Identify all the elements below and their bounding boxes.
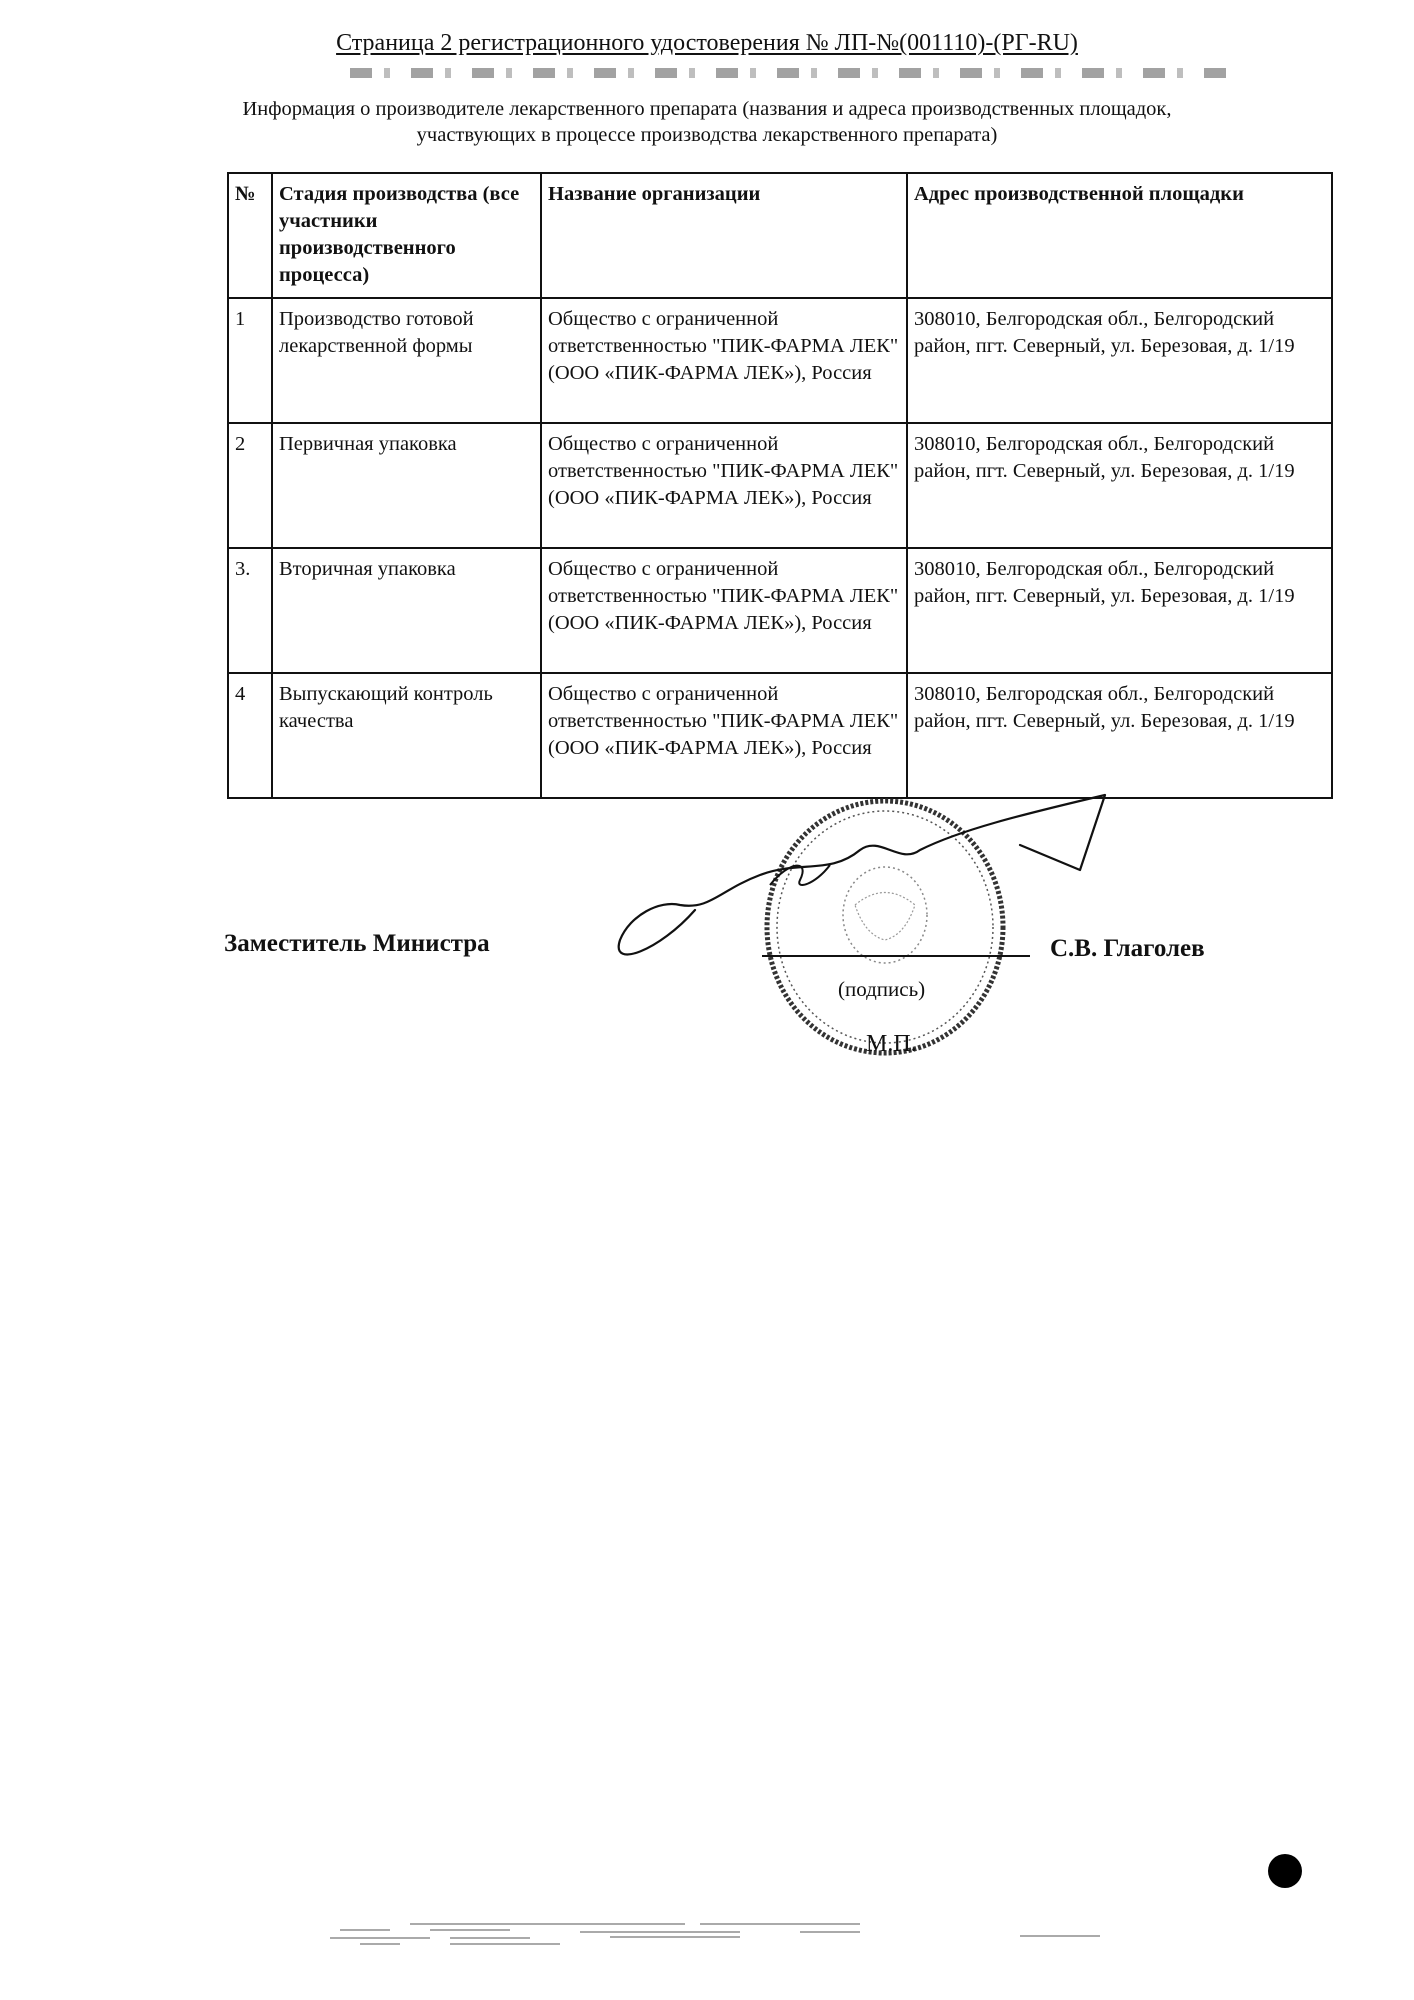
row-address: 308010, Белгородская обл., Белгородский …: [907, 298, 1332, 423]
header-address: Адрес производственной площадки: [907, 173, 1332, 298]
row-address: 308010, Белгородская обл., Белгородский …: [907, 423, 1332, 548]
page-header-text: Страница 2 регистрационного удостоверени…: [336, 30, 1078, 56]
row-number: 2: [228, 423, 272, 548]
row-stage: Первичная упаковка: [272, 423, 541, 548]
handwritten-signature-icon: [600, 790, 1120, 970]
row-number: 4: [228, 673, 272, 798]
table-row: 2Первичная упаковкаОбщество с ограниченн…: [228, 423, 1332, 548]
row-stage: Выпускающий контроль качества: [272, 673, 541, 798]
row-number: 1: [228, 298, 272, 423]
stamp-place-label: М.П.: [866, 1031, 917, 1058]
black-dot-mark: [1268, 1854, 1302, 1888]
intro-text: Информация о производителе лекарственног…: [0, 96, 1414, 148]
header-organization: Название организации: [541, 173, 907, 298]
page-header: Страница 2 регистрационного удостоверени…: [0, 28, 1414, 58]
header-stage: Стадия производства (все участники произ…: [272, 173, 541, 298]
row-stage: Производство готовой лекарственной формы: [272, 298, 541, 423]
intro-line-1: Информация о производителе лекарственног…: [0, 96, 1414, 122]
intro-line-2: участвующих в процессе производства лека…: [0, 122, 1414, 148]
header-number: №: [228, 173, 272, 298]
row-address: 308010, Белгородская обл., Белгородский …: [907, 548, 1332, 673]
row-organization: Общество с ограниченной ответственностью…: [541, 673, 907, 798]
row-number: 3.: [228, 548, 272, 673]
row-stage: Вторичная упаковка: [272, 548, 541, 673]
signature-line: [762, 955, 1030, 957]
signatory-position: Заместитель Министра: [224, 930, 490, 958]
table-row: 3.Вторичная упаковкаОбщество с ограничен…: [228, 548, 1332, 673]
scan-noise-footer: [300, 1920, 1200, 1950]
row-address: 308010, Белгородская обл., Белгородский …: [907, 673, 1332, 798]
manufacturer-table: № Стадия производства (все участники про…: [227, 172, 1333, 799]
row-organization: Общество с ограниченной ответственностью…: [541, 423, 907, 548]
table-header-row: № Стадия производства (все участники про…: [228, 173, 1332, 298]
row-organization: Общество с ограниченной ответственностью…: [541, 548, 907, 673]
signatory-name: С.В. Глаголев: [1050, 935, 1205, 963]
table-row: 1Производство готовой лекарственной форм…: [228, 298, 1332, 423]
row-organization: Общество с ограниченной ответственностью…: [541, 298, 907, 423]
signature-caption: (подпись): [838, 977, 925, 1002]
scan-noise-header: [350, 68, 1230, 78]
table-row: 4Выпускающий контроль качестваОбщество с…: [228, 673, 1332, 798]
